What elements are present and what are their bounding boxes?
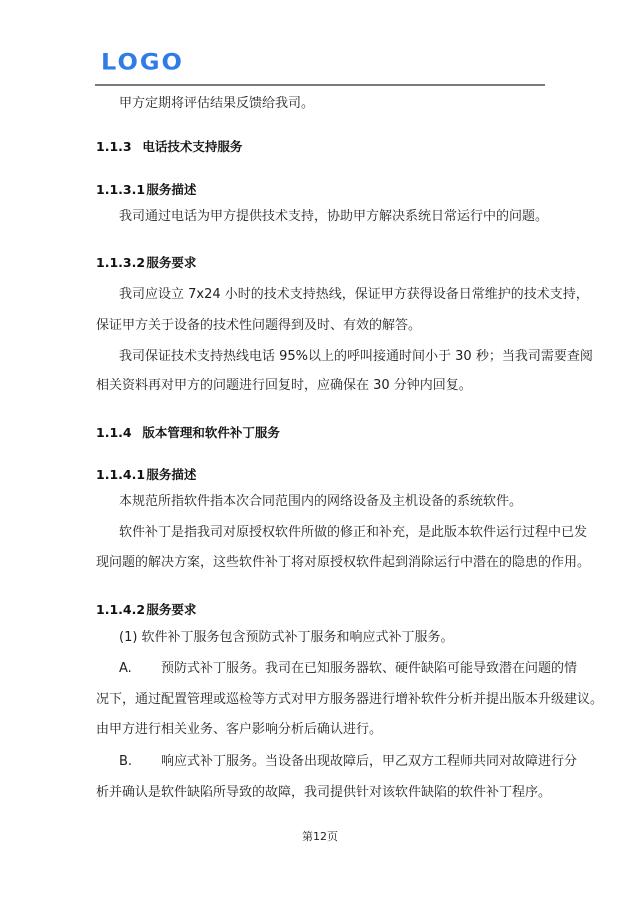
header-divider: [95, 84, 545, 86]
item-text: 响应式补丁服务。当设备出现故障后，甲乙双方工程师共同对故障进行分: [161, 754, 577, 769]
paragraph: 甲方定期将评估结果反馈给我司。: [119, 96, 314, 112]
list-item-a: A.预防式补丁服务。我司在已知服务器软、硬件缺陷可能导致潜在问题的情: [119, 661, 577, 677]
company-logo: LOGO: [101, 51, 184, 73]
paragraph: 析并确认是软件缺陷所导致的故障，我司提供针对该软件缺陷的软件补丁程序。: [96, 785, 551, 801]
paragraph: 我司应设立 7x24 小时的技术支持热线，保证甲方获得设备日常维护的技术支持，: [119, 287, 589, 303]
heading-title: 服务要求: [146, 255, 196, 270]
paragraph: 本规范所指软件指本次合同范围内的网络设备及主机设备的系统软件。: [119, 494, 522, 510]
paragraph: 相关资料再对甲方的问题进行回复时，应确保在 30 分钟内回复。: [96, 378, 472, 394]
item-label: B.: [119, 754, 161, 770]
item-label: A.: [119, 661, 161, 677]
paragraph: 我司通过电话为甲方提供技术支持，协助甲方解决系统日常运行中的问题。: [119, 209, 548, 225]
heading-number: 1.1.3.1: [96, 182, 142, 197]
heading-title: 版本管理和软件补丁服务: [142, 425, 280, 440]
heading-1-1-4: 1.1.4 版本管理和软件补丁服务: [96, 423, 280, 441]
page-number: 第12页: [0, 828, 640, 844]
paragraph: 我司保证技术支持热线电话 95%以上的呼叫接通时间小于 30 秒；当我司需要查阅: [119, 349, 593, 365]
paragraph: 保证甲方关于设备的技术性问题得到及时、有效的解答。: [96, 318, 421, 334]
heading-1-1-3-1: 1.1.3.1 服务描述: [96, 180, 196, 198]
heading-number: 1.1.4: [96, 425, 138, 440]
heading-number: 1.1.3.2: [96, 255, 142, 270]
heading-title: 服务要求: [146, 602, 196, 617]
paragraph: 现问题的解决方案，这些软件补丁将对原授权软件起到消除运行中潜在的隐患的作用。: [96, 555, 590, 571]
heading-number: 1.1.3: [96, 139, 138, 154]
list-item-b: B.响应式补丁服务。当设备出现故障后，甲乙双方工程师共同对故障进行分: [119, 754, 577, 770]
heading-1-1-3-2: 1.1.3.2 服务要求: [96, 253, 196, 271]
heading-1-1-3: 1.1.3 电话技术支持服务: [96, 137, 242, 155]
heading-title: 电话技术支持服务: [142, 139, 242, 154]
list-item: (1) 软件补丁服务包含预防式补丁服务和响应式补丁服务。: [119, 630, 454, 646]
heading-number: 1.1.4.2: [96, 602, 142, 617]
heading-title: 服务描述: [146, 182, 196, 197]
paragraph: 况下，通过配置管理或巡检等方式对甲方服务器进行增补软件分析并提出版本升级建议。: [96, 692, 603, 708]
heading-1-1-4-2: 1.1.4.2 服务要求: [96, 600, 196, 618]
heading-title: 服务描述: [146, 467, 196, 482]
heading-1-1-4-1: 1.1.4.1 服务描述: [96, 465, 196, 483]
heading-number: 1.1.4.1: [96, 467, 142, 482]
item-text: 预防式补丁服务。我司在已知服务器软、硬件缺陷可能导致潜在问题的情: [161, 661, 577, 676]
paragraph: 软件补丁是指我司对原授权软件所做的修正和补充，是此版本软件运行过程中已发: [119, 525, 587, 541]
paragraph: 由甲方进行相关业务、客户影响分析后确认进行。: [96, 722, 382, 738]
